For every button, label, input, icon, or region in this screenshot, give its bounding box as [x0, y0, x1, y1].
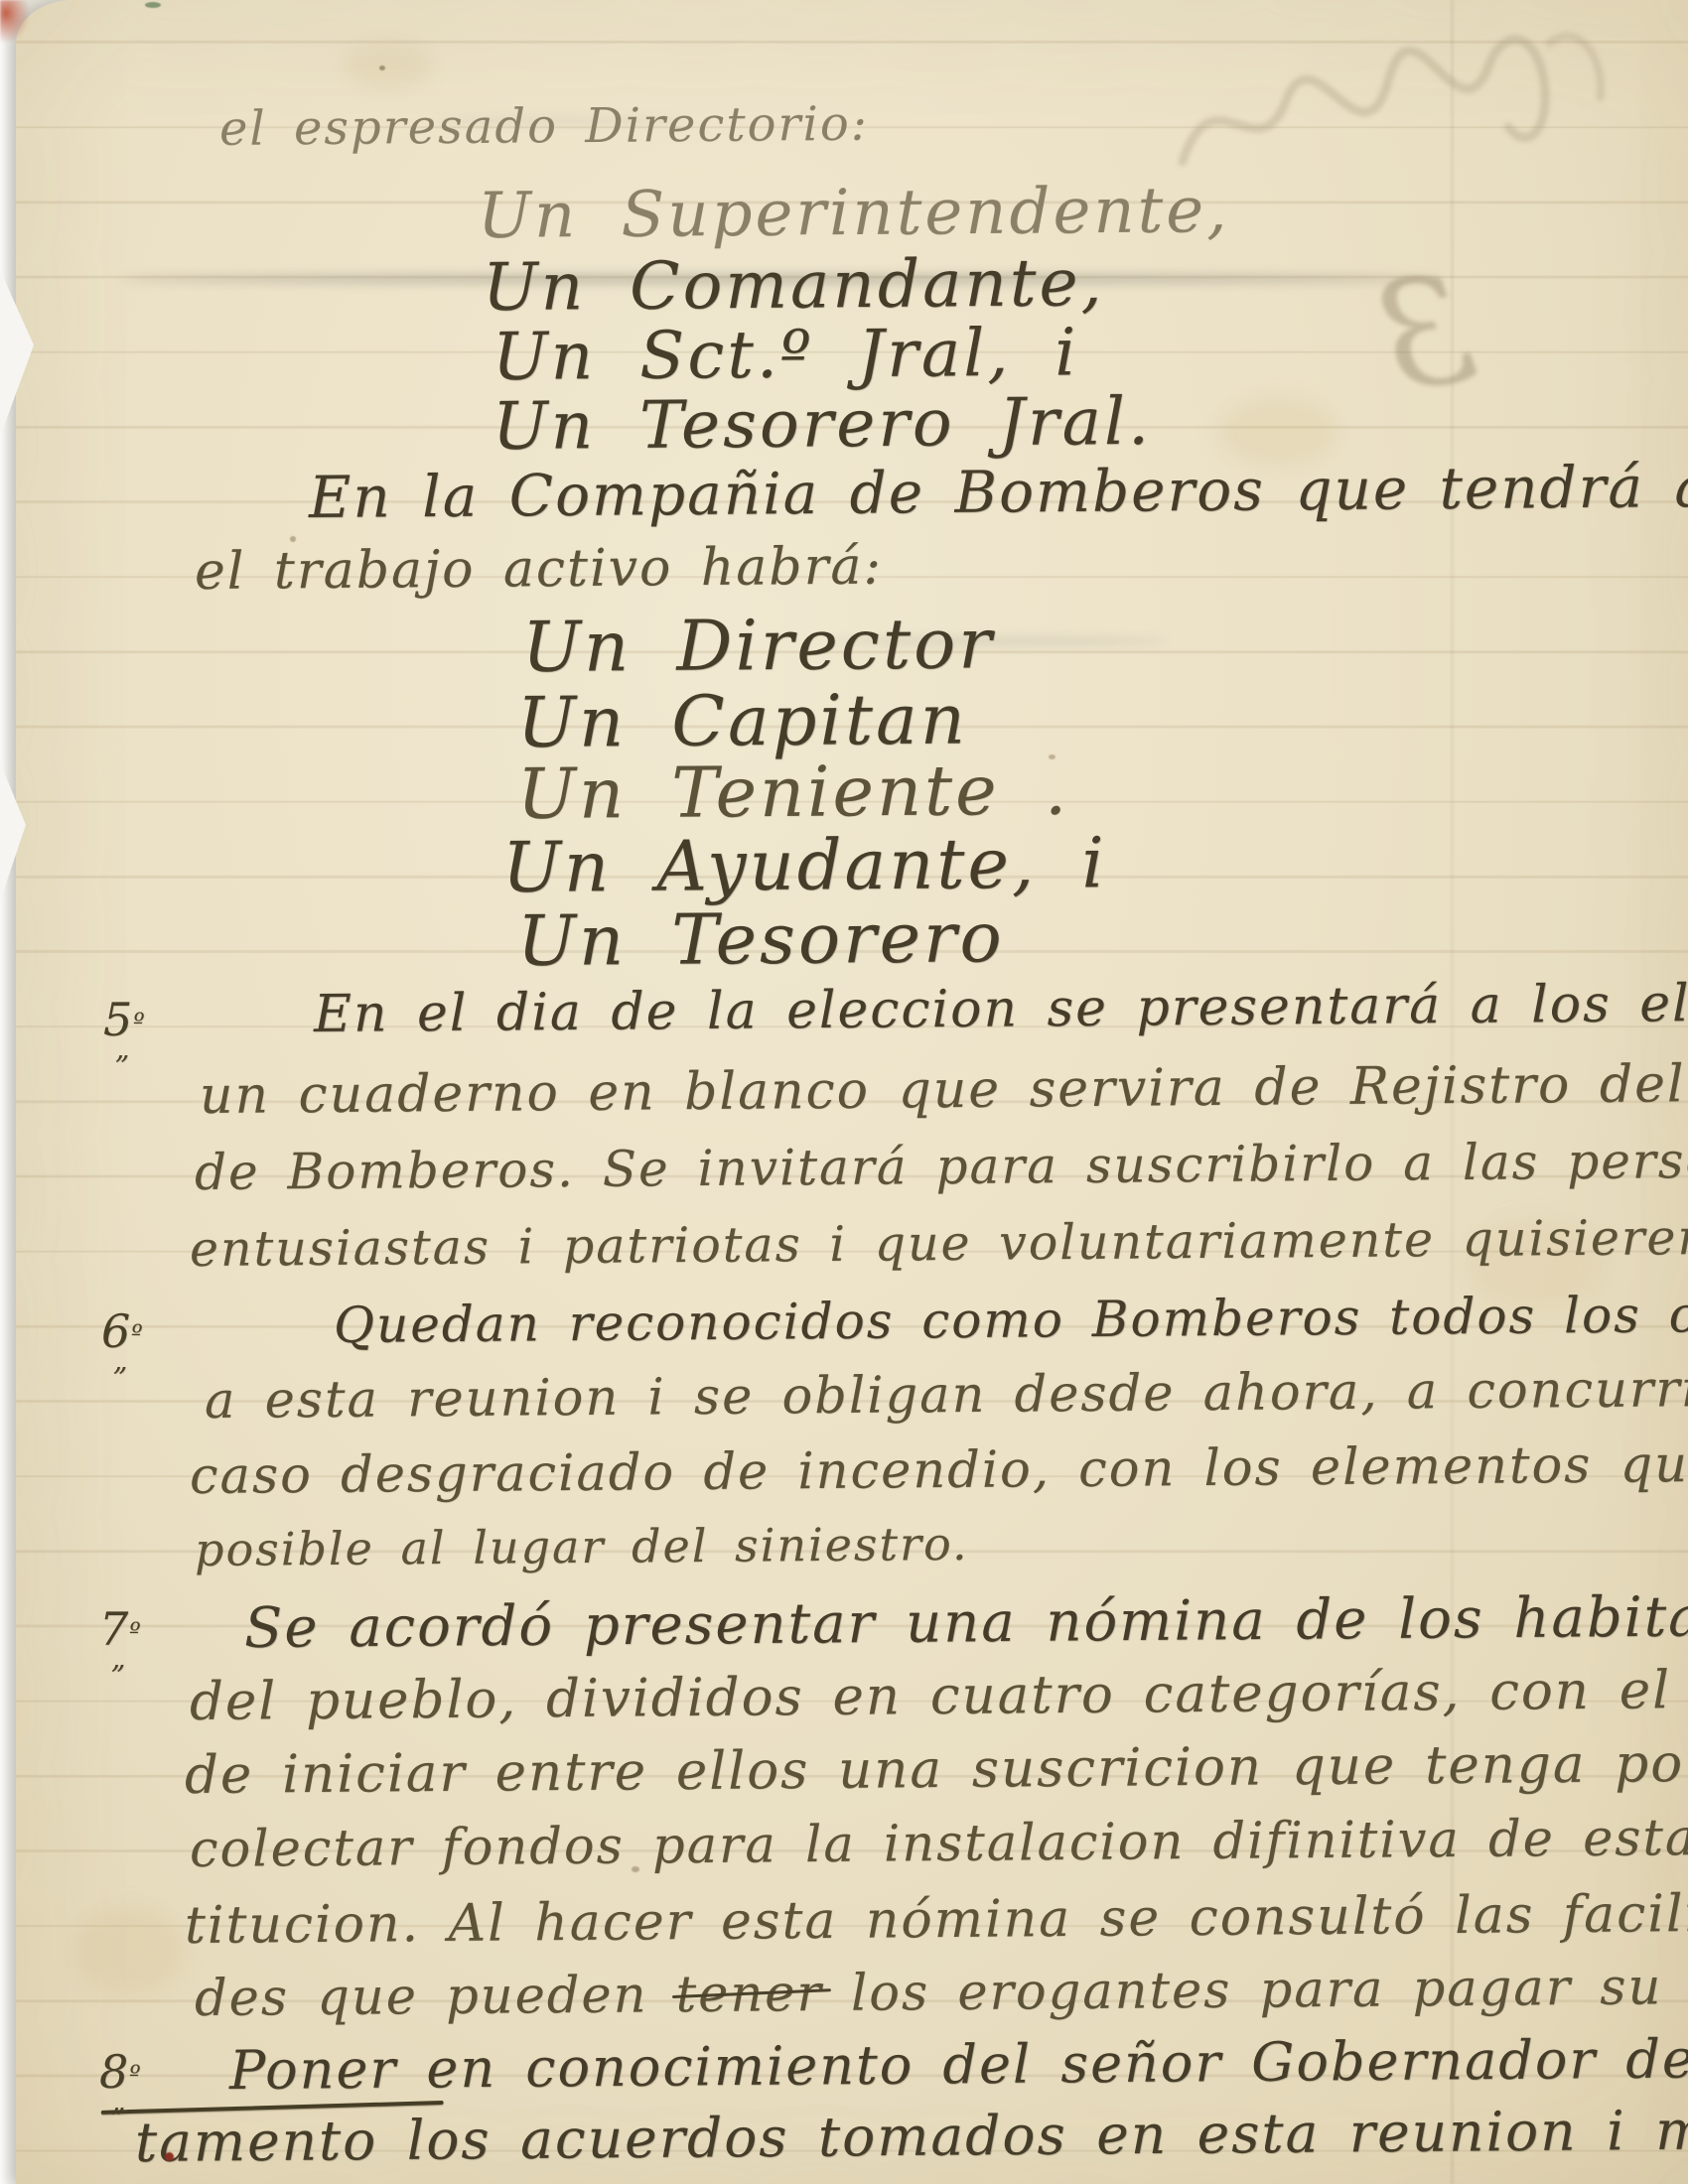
section-number-ordinal: º [133, 1008, 144, 1035]
section-number-ordinal: º [129, 2060, 140, 2088]
section-number-ordinal: º [131, 1319, 142, 1347]
manuscript-line-25: titucion. Al hacer esta nómina se consul… [185, 1885, 1688, 1955]
section-number-7: 7º „ [99, 1602, 141, 1675]
manuscript-line-19: caso desgraciado de incendio, con los el… [190, 1436, 1688, 1505]
manuscript-line-22: del pueblo, divididos en cuatro categorí… [190, 1661, 1688, 1731]
manuscript-line-3: Un Comandante, [483, 247, 1105, 325]
manuscript-line-5: Un Tesorero Jral. [492, 386, 1153, 464]
manuscript-line-27: Poner en conocimiento del señor Gobernad… [229, 2028, 1688, 2100]
section-number-5: 5º „ [103, 993, 145, 1065]
manuscript-line-26: des que pueden tener los erogantes para … [195, 1959, 1688, 2027]
manuscript-line-23: de iniciar entre ellos una suscricion qu… [185, 1734, 1688, 1805]
manuscript-line-14: un cuaderno en blanco que servira de Rej… [200, 1055, 1688, 1125]
manuscript-line-20: posible al lugar del siniestro. [195, 1519, 969, 1575]
ink-dot [165, 2152, 174, 2161]
manuscript-line-24: colectar fondos para la instalacion difi… [190, 1810, 1688, 1878]
manuscript-line-9: Un Capitan [517, 681, 968, 761]
struck-word: tener [675, 1965, 823, 2024]
age-stain [75, 1906, 185, 1995]
section-number-6: 6º „ [101, 1304, 143, 1377]
scanned-page: 3 el espresado Directorio: Un Superinten… [0, 0, 1688, 2184]
manuscript-line-11: Un Ayudante, i [502, 825, 1107, 906]
manuscript-line-21: Se acordó presentar una nómina de los ha… [244, 1585, 1688, 1659]
manuscript-line-6: En la Compañia de Bomberos que tendrá a … [309, 454, 1688, 529]
manuscript-line-2: Un Superintendente, [478, 176, 1230, 251]
section-number-ordinal: º [129, 1617, 140, 1645]
green-speck [145, 2, 161, 8]
line-text-before-strike: des que pueden [195, 1966, 676, 2028]
manuscript-line-15: de Bomberos. Se invitará para suscribirl… [195, 1133, 1688, 1200]
manuscript-line-12: Un Tesorero [517, 899, 1005, 980]
manuscript-line-10: Un Teniente . [517, 752, 1070, 833]
manuscript-line-16: entusiastas i patriotas i que voluntaria… [190, 1210, 1688, 1277]
line-text-after-strike: los erogantes para pagar su cuota [823, 1957, 1688, 2023]
manuscript-line-7: el trabajo activo habrá: [195, 539, 883, 602]
line-text-rest: los acuerdos tomados en esta reunion i m… [377, 2097, 1688, 2172]
paper-sheet: 3 el espresado Directorio: Un Superinten… [16, 0, 1688, 2184]
age-stain [344, 40, 433, 89]
manuscript-line-17: Quedan reconocidos como Bomberos todos l… [334, 1286, 1688, 1353]
manuscript-line-1: el espresado Directorio: [219, 98, 869, 156]
manuscript-line-4: Un Sct.º Jral, i [492, 317, 1079, 393]
red-corner-mark [0, 0, 30, 44]
section-number-8: 8º „ [99, 2045, 141, 2117]
overlined-word: tamento [135, 2109, 378, 2174]
manuscript-line-13: En el dia de la eleccion se presentará a… [314, 975, 1688, 1043]
manuscript-line-28: tamento los acuerdos tomados en esta reu… [135, 2099, 1688, 2172]
manuscript-line-8: Un Director [522, 606, 995, 686]
manuscript-line-18: a esta reunion i se obligan desde ahora,… [205, 1361, 1688, 1430]
fox-spot [379, 66, 385, 70]
